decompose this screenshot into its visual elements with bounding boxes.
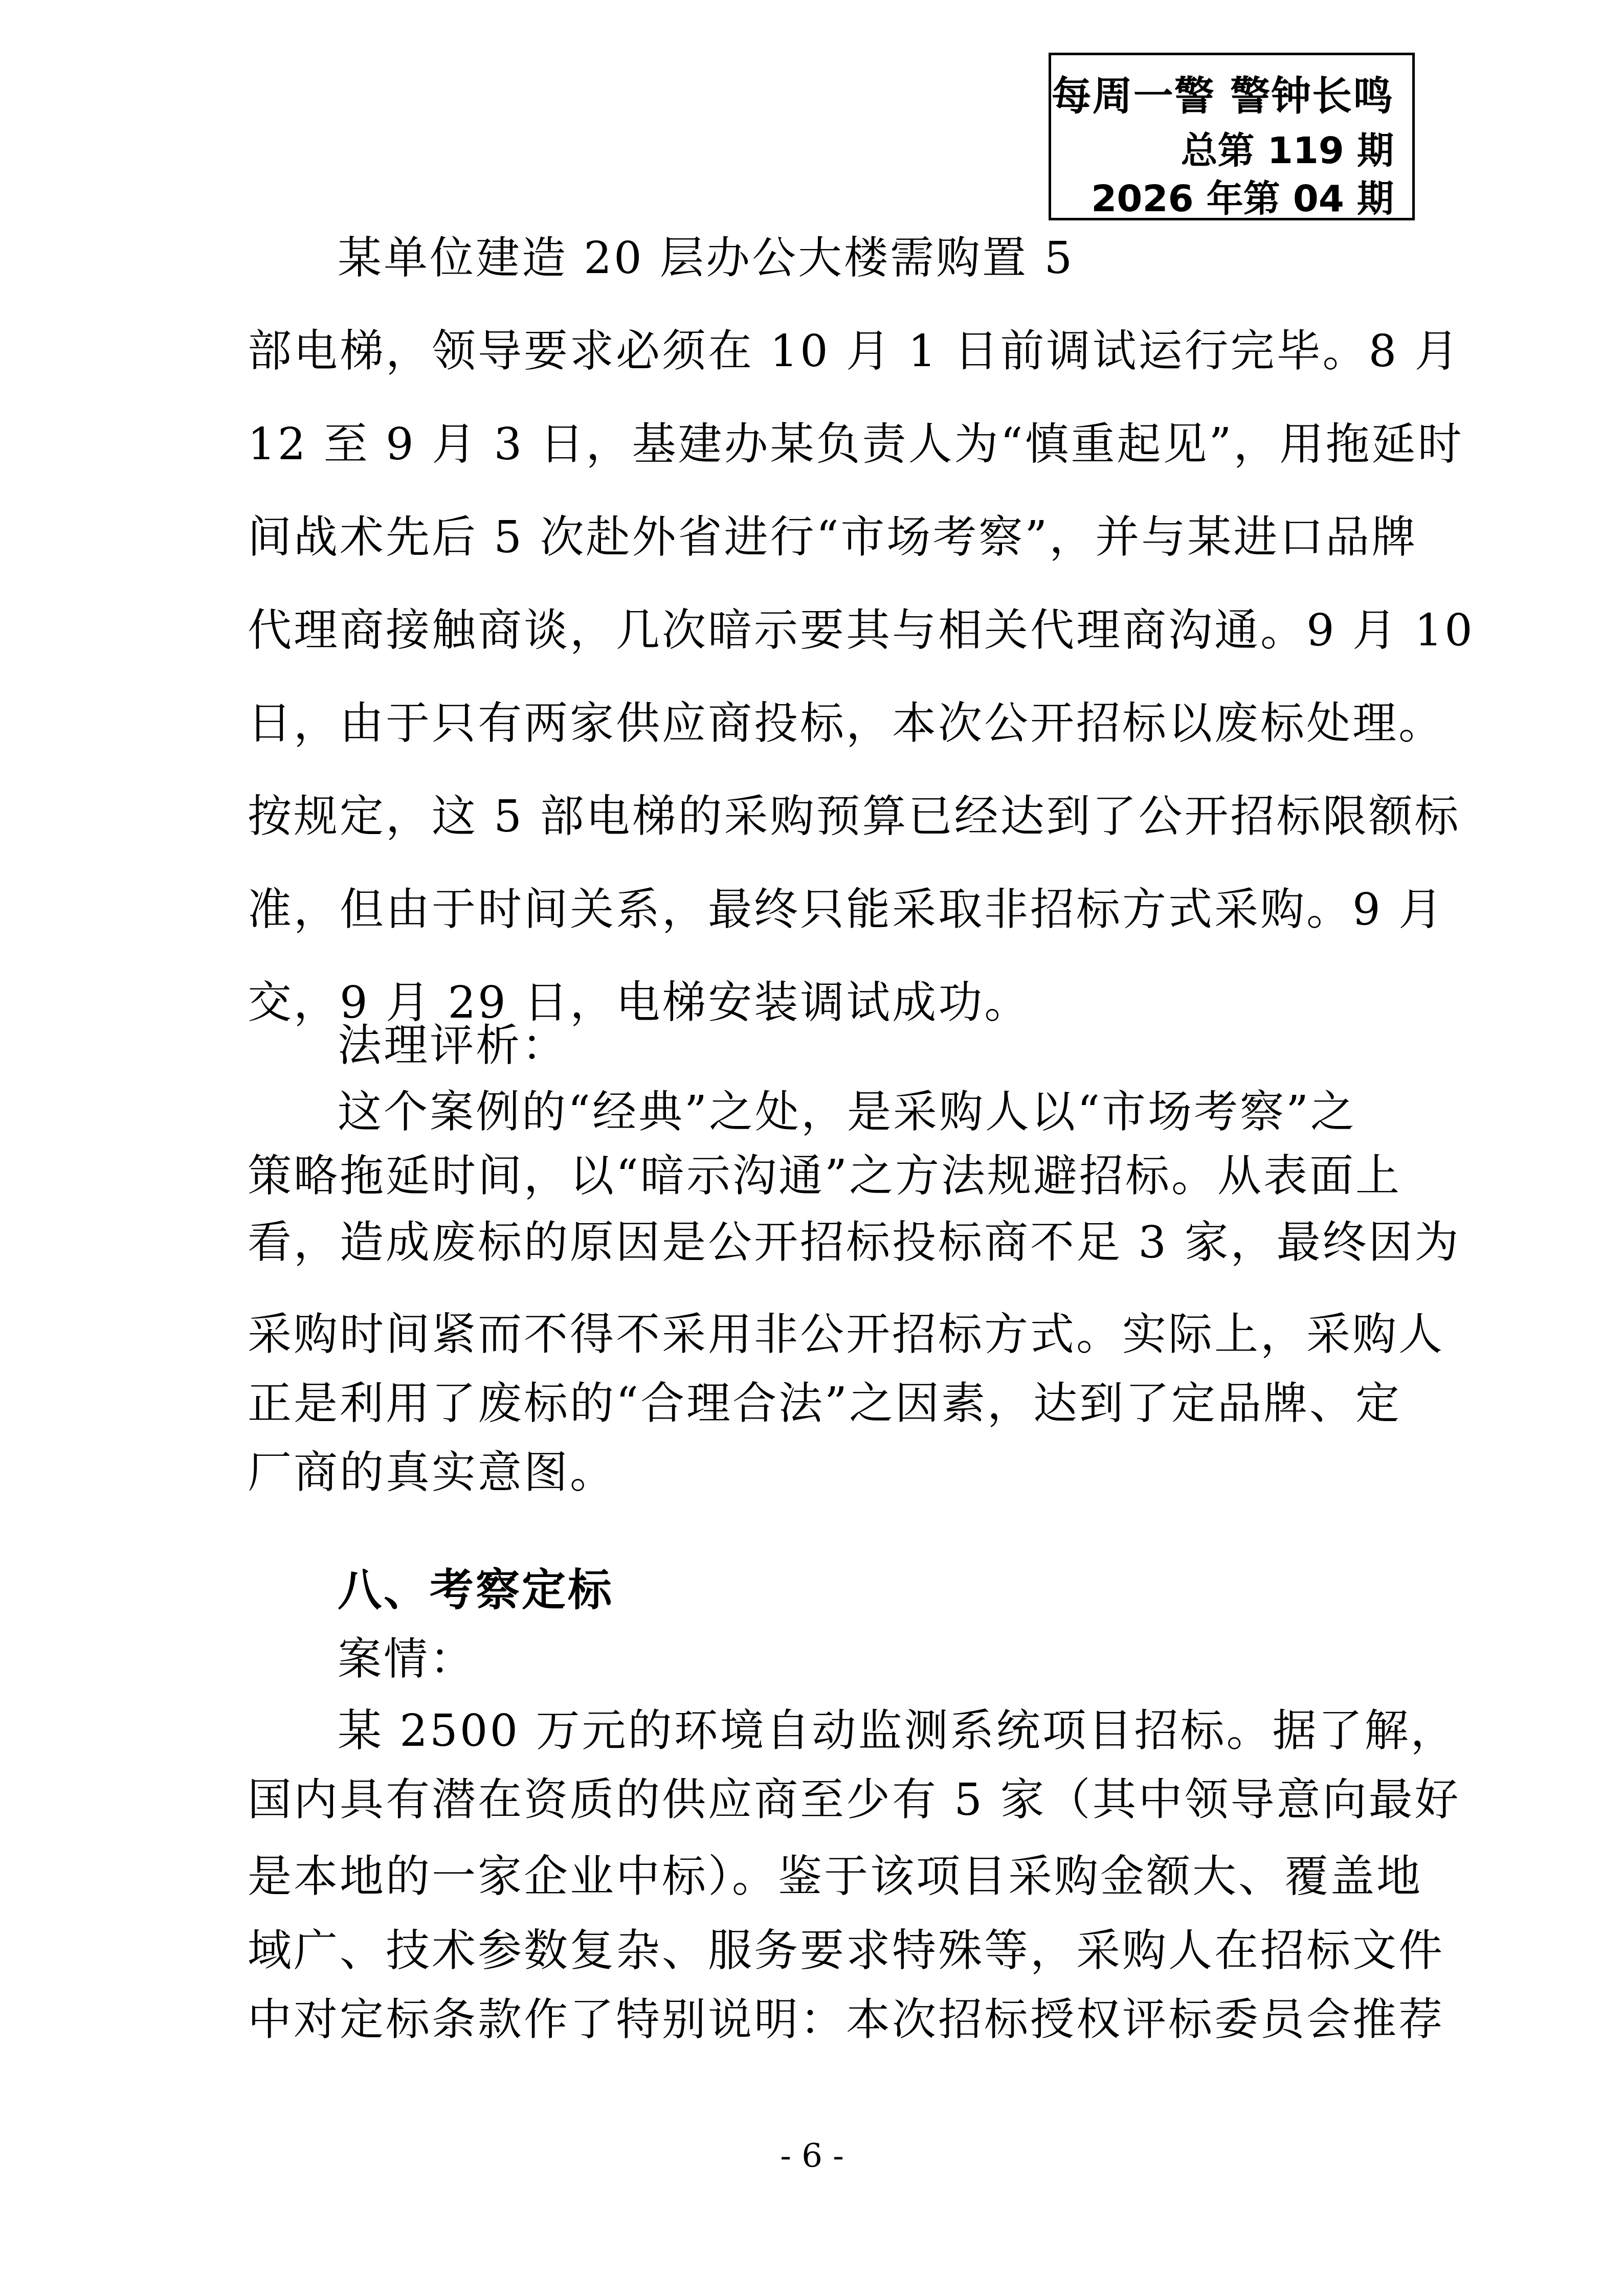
text-line: 部电梯，领导要求必须在 10 月 1 日前调试运行完毕。8 月 [248, 326, 1461, 377]
text-line: 代理商接触商谈，几次暗示要其与相关代理商沟通。9 月 10 [248, 605, 1475, 656]
issue-info-box: 每周一警 警钟长鸣 总第 119 期 2026 年第 04 期 [1049, 53, 1415, 220]
text-line: 是本地的一家企业中标）。鉴于该项目采购金额大、覆盖地 [248, 1851, 1422, 1902]
text-line: 国内具有潜在资质的供应商至少有 5 家（其中领导意向最好 [248, 1774, 1460, 1826]
total-issue-number: 总第 119 期 [1181, 121, 1394, 174]
bulletin-title: 每周一警 警钟长鸣 [1052, 64, 1394, 122]
text-line: 某单位建造 20 层办公大楼需购置 5 [338, 233, 1074, 284]
text-line: 域广、技术参数复杂、服务要求特殊等，采购人在招标文件 [248, 1925, 1444, 1976]
text-line: 中对定标条款作了特别说明：本次招标授权评标委员会推荐 [248, 1994, 1444, 2045]
text-line: 12 至 9 月 3 日，基建办某负责人为“慎重起见”，用拖延时 [248, 419, 1463, 470]
text-line: 正是利用了废标的“合理合法”之因素，达到了定品牌、定 [248, 1378, 1401, 1429]
text-line: 准，但由于时间关系，最终只能采取非招标方式采购。9 月 [248, 884, 1444, 935]
page-number: - 6 - [0, 2137, 1624, 2175]
text-line: 策略拖延时间，以“暗示沟通”之方法规避招标。从表面上 [248, 1151, 1401, 1202]
text-line: 某 2500 万元的环境自动监测系统项目招标。据了解， [338, 1705, 1457, 1757]
year-issue-number: 2026 年第 04 期 [1091, 169, 1394, 222]
section-label-analysis: 法理评析： [338, 1020, 568, 1071]
document-page: 每周一警 警钟长鸣 总第 119 期 2026 年第 04 期 某单位建造 20… [0, 0, 1624, 2296]
text-line: 间战术先后 5 次赴外省进行“市场考察”，并与某进口品牌 [248, 512, 1417, 563]
section-label-case: 案情： [338, 1634, 476, 1685]
text-line: 这个案例的“经典”之处，是采购人以“市场考察”之 [338, 1087, 1356, 1138]
text-line: 按规定，这 5 部电梯的采购预算已经达到了公开招标限额标 [248, 791, 1460, 842]
text-line: 看，造成废标的原因是公开招标投标商不足 3 家，最终因为 [248, 1217, 1460, 1268]
text-line: 日，由于只有两家供应商投标，本次公开招标以废标处理。 [248, 698, 1444, 749]
text-line: 采购时间紧而不得不采用非公开招标方式。实际上，采购人 [248, 1309, 1444, 1360]
section-heading: 八、考察定标 [338, 1565, 614, 1616]
text-line: 厂商的真实意图。 [248, 1447, 616, 1498]
